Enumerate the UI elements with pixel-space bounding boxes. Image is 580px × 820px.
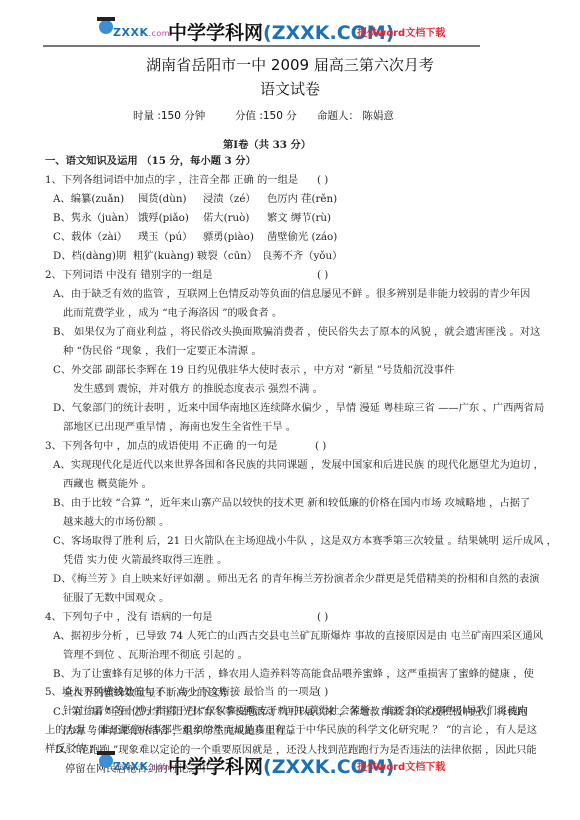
- exam-time: 时量 :150 分钟: [133, 108, 205, 123]
- q2-line: 种 “伪民俗 ”现象 ，我们一定要正本清源 。: [63, 342, 262, 361]
- q5-line: 针对徐晋如等十博士指责于丹 “仅仅靠耍嘴皮子就可以获得社会荣誉 ，谁还会关心那些…: [63, 702, 528, 721]
- q2-line: 发生感到 震惊，并对俄方 的推脱态度表示 强烈不满 。: [73, 380, 323, 399]
- q2-line: 部地区已出现严重旱情 ，海南也发生全省性干旱 。: [63, 418, 296, 437]
- q1-option-a-1: A、编纂(zuǎn): [53, 190, 124, 209]
- question-4-stem: 4、下列句子中 ，没有 语病的一句是: [45, 608, 213, 627]
- zxxk-logo: ZXXK.com: [95, 20, 165, 42]
- logo-suffix: .com: [148, 29, 170, 38]
- q5-line: 上的力量 ？谁还愿意从事那些艰辛的然而却是真正有益于中华民族的科学文化研究呢 ？…: [45, 721, 537, 740]
- q1-option-b-4: 繁文 缛节(rù): [267, 209, 331, 228]
- q4-line: 管理不到位 、瓦斯治理不彻底 引起的 。: [63, 646, 248, 665]
- mascot-icon: [99, 754, 113, 768]
- q1-option-d-3: 皲裂（cūn）: [197, 247, 257, 266]
- exam-score: 分值 :150 分: [235, 108, 297, 123]
- site-name-cn: 中学学科网: [168, 22, 263, 44]
- answer-bracket-1: ( ): [317, 171, 328, 190]
- exam-title: 湖南省岳阳市一中 2009 届高三第六次月考: [0, 54, 580, 75]
- exam-subtitle: 语文试卷: [0, 78, 580, 99]
- answer-bracket-4: ( ): [317, 608, 328, 627]
- q1-option-c-4: 凿壁偷光 (záo): [267, 228, 337, 247]
- q3-line: 征服了无数中国观众 。: [63, 589, 169, 608]
- question-5-stem: 5、填入下列横线处的句子 ，与上下文衔接 最恰当 的一项是: [45, 683, 319, 698]
- download-note: 提供word文档下载: [357, 24, 445, 39]
- q1-option-a-4: 色厉内 荏(rěn): [267, 190, 337, 209]
- question-3-stem: 3、下列各句中 ，加点的成语使用 不正确 的一句是: [45, 437, 278, 456]
- answer-bracket-2: ( ): [317, 266, 328, 285]
- question-1-stem: 1、下列各组词语中加点的字 ，注音全都 正确 的一组是: [45, 171, 298, 190]
- answer-bracket-5: ( ): [317, 683, 328, 702]
- q1-option-d-2: 粗犷(kuàng): [133, 247, 194, 266]
- q2-line: B、 如果仅为了商业利益 ，将民俗改头换面欺骗消费者 ，使民俗失去了原本的风貌 …: [53, 323, 540, 342]
- q1-option-c-2: 璞玉（pú）: [138, 228, 192, 247]
- exam-author: 命题人： 陈娟意: [317, 108, 394, 123]
- q3-line: B、由于比较 “合算 ”，近年来山寨产品以较快的技术更 新和较低廉的价格在国内市…: [53, 494, 530, 513]
- logo-text: ZXXK: [113, 26, 148, 39]
- q5-line: 样反驳的 ：: [45, 740, 100, 759]
- q1-option-a-2: 囤货(dùn): [138, 190, 186, 209]
- header-divider: [43, 45, 480, 47]
- q3-line: 西藏也 概莫能外 。: [63, 475, 152, 494]
- q3-line: 越来越大的市场份额 。: [63, 513, 169, 532]
- exam-body: 第Ⅰ卷（共 33 分） 一、语文知识及运用 （15 分，每小题 3 分） 1、下…: [45, 136, 485, 756]
- logo-suffix: .com: [148, 763, 170, 772]
- part-heading: 一、语文知识及运用 （15 分，每小题 3 分）: [45, 152, 256, 171]
- q2-line: D、气象部门的统计表明 ，近来中国华南地区连续降水偏少 ，旱情 漫延 粤桂琼三省…: [53, 399, 544, 418]
- q1-option-b-1: B、隽永（juàn）: [53, 209, 135, 228]
- q3-line: D、《梅兰芳 》自上映来好评如潮 。师出无名 的青年梅兰芳扮演者余少群更是凭借精…: [53, 570, 540, 589]
- q2-line: A、由于缺乏有效的监管 ，互联网上色情反动等负面的信息屡见不鲜 。很多辨别是非能…: [53, 285, 530, 304]
- site-banner-top: ZXXK.com 中学学科网(ZXXK.COM) 提供word文档下载: [0, 18, 580, 44]
- question-2-stem: 2、下列词语 中没有 错别字的一组是: [45, 266, 213, 285]
- q1-option-c-1: C、载体（zài）: [53, 228, 127, 247]
- q3-line: 凭借 实力使 火箭最终取得三连胜 。: [63, 551, 227, 570]
- site-name-cn: 中学学科网: [168, 756, 263, 778]
- logo-text: ZXXK: [113, 760, 148, 773]
- q4-line: A、据初步分析 ，已导致 74 人死亡的山西古交县屯兰矿瓦斯爆炸 事故的直接原因…: [53, 627, 543, 646]
- q1-option-b-3: 偌大(ruò): [203, 209, 249, 228]
- q2-line: 此而荒费学业 ，成为 “电子海洛因 ”的吸食者 。: [63, 304, 282, 323]
- q3-line: A、实现现代化是近代以来世界各国和各民族的共同课题 ，发展中国家和后进民族 的现…: [53, 456, 544, 475]
- q4-line: B、为了让蜜蜂有足够的体力干活 ，蜂农用人造养料等高能食品喂养蜜蜂 ，这严重损害…: [53, 665, 534, 684]
- q1-option-c-3: 骠勇(piào): [203, 228, 254, 247]
- q1-option-a-3: 浸渍（zé）: [203, 190, 256, 209]
- q1-option-d-4: 良莠不齐（yǒu）: [262, 247, 342, 266]
- zxxk-logo: ZXXK.com: [95, 754, 165, 776]
- q1-option-b-2: 饿殍(piǎo): [138, 209, 189, 228]
- q1-option-d-1: D、档(dàng)期: [53, 247, 126, 266]
- download-note: 提供word文档下载: [357, 758, 445, 773]
- mascot-icon: [99, 20, 113, 34]
- q2-line: C、外交部 副部长李辉在 19 日约见俄驻华大使时表示 ，中方对 “新星 ”号货…: [53, 361, 454, 380]
- answer-bracket-3: ( ): [315, 437, 326, 456]
- q3-line: C、客场取得了胜利 后，21 日火箭队在主场迎战小牛队 ，这是双方本赛季第三次较…: [53, 532, 557, 551]
